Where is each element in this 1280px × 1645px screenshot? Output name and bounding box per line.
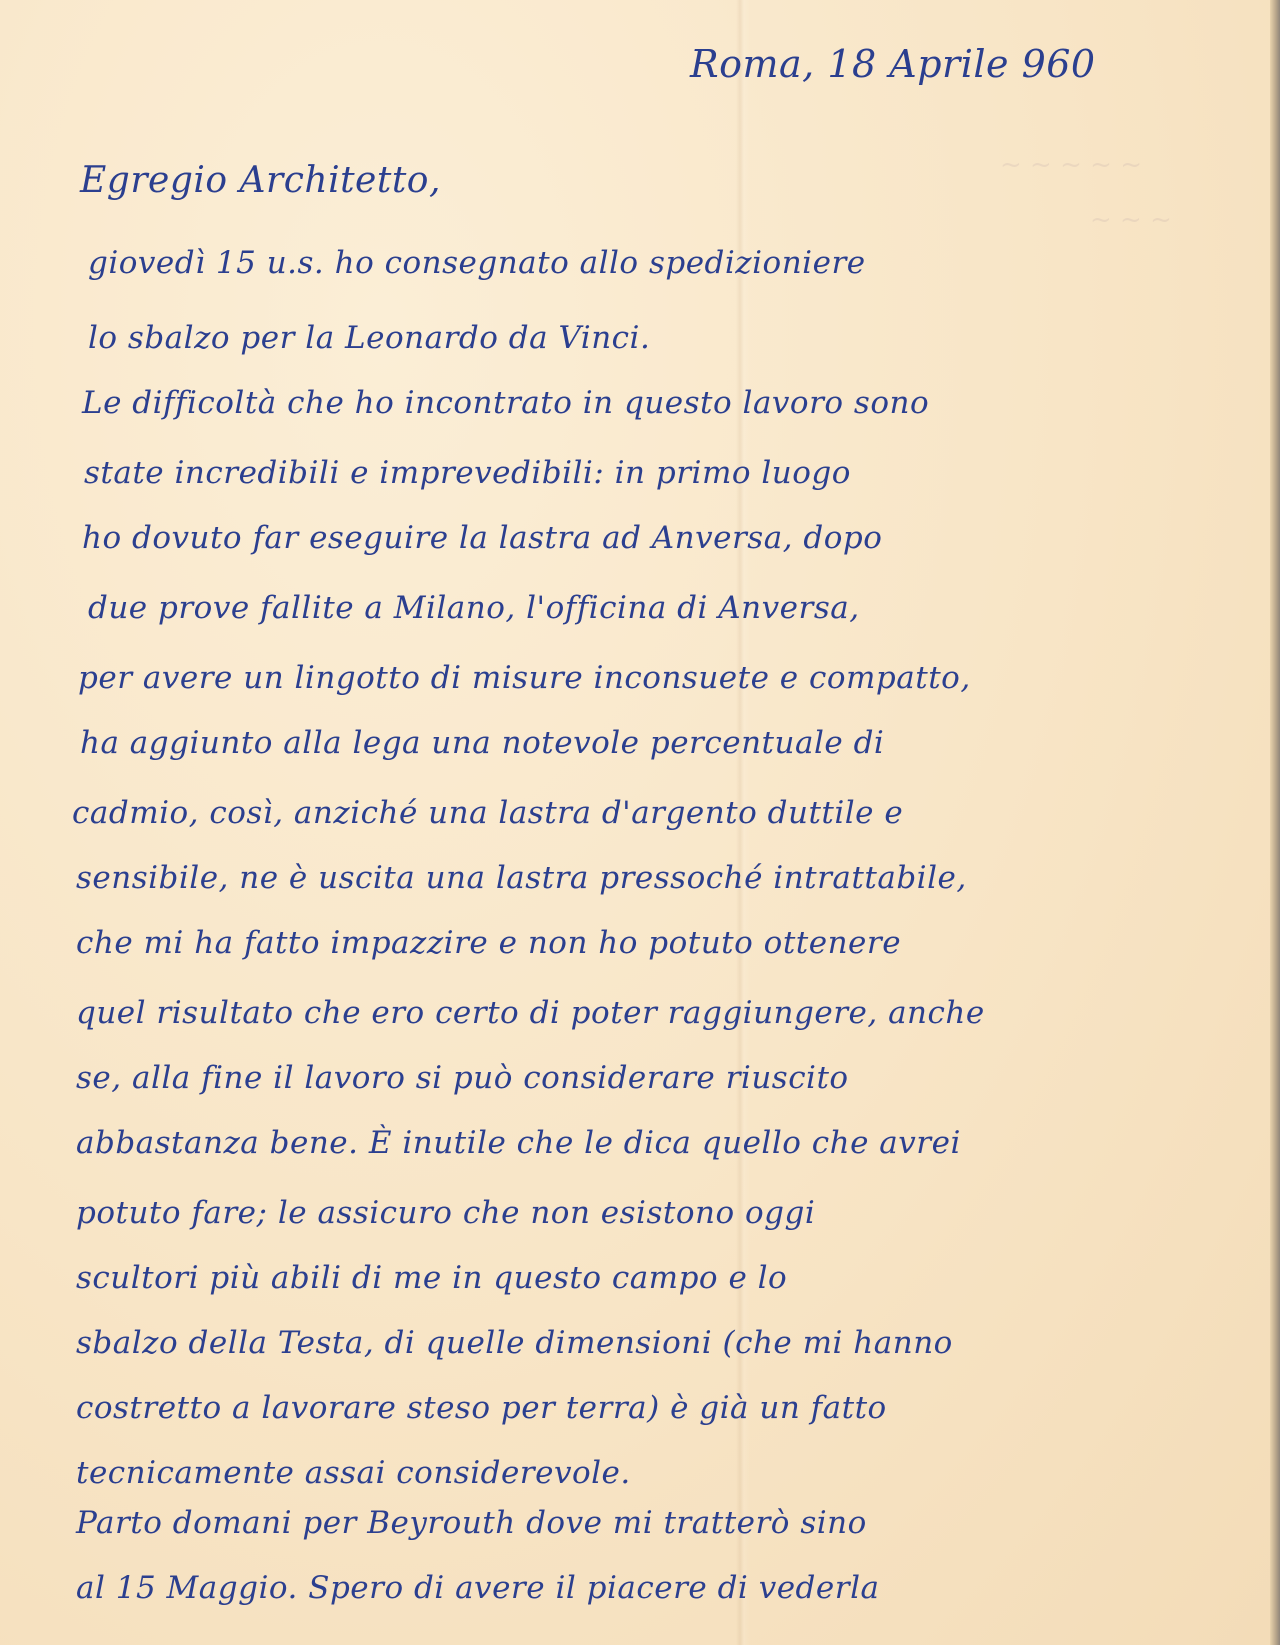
letter-line: sensibile, ne è uscita una lastra presso… [76,860,967,896]
letter-line: Parto domani per Beyrouth dove mi tratte… [76,1505,867,1541]
letter-line: sbalzo della Testa, di quelle dimensioni… [76,1325,953,1361]
paper-edge-shadow [1270,0,1280,1645]
letter-line: scultori più abili di me in questo campo… [76,1260,787,1296]
letter-line: se, alla fine il lavoro si può considera… [76,1060,849,1096]
letter-line: tecnicamente assai considerevole. [76,1455,631,1491]
letter-line: abbastanza bene. È inutile che le dica q… [76,1125,961,1161]
letter-line: ho dovuto far eseguire la lastra ad Anve… [82,520,882,556]
letter-line: due prove fallite a Milano, l'officina d… [88,590,860,626]
letter-line: quel risultato che ero certo di poter ra… [76,995,985,1031]
letter-line: potuto fare; le assicuro che non esiston… [76,1195,815,1231]
bleed-through-text: ~ ~ ~ ~ ~ [1000,150,1142,180]
letter-line: per avere un lingotto di misure inconsue… [78,660,971,696]
letter-line: che mi ha fatto impazzire e non ho potut… [76,925,901,961]
letter-place-date: Roma, 18 Aprile 960 [690,42,1096,86]
letter-line: al 15 Maggio. Spero di avere il piacere … [76,1570,879,1606]
letter-line: lo sbalzo per la Leonardo da Vinci. [88,320,650,356]
letter-line: cadmio, così, anziché una lastra d'argen… [72,795,903,831]
letter-line: state incredibili e imprevedibili: in pr… [84,455,851,491]
letter-line: giovedì 15 u.s. ho consegnato allo spedi… [88,245,866,281]
letter-line: Le difficoltà che ho incontrato in quest… [82,385,929,421]
letter-salutation: Egregio Architetto, [80,160,441,201]
letter-line: ha aggiunto alla lega una notevole perce… [80,725,884,761]
letter-line: costretto a lavorare steso per terra) è … [76,1390,887,1426]
bleed-through-text: ~ ~ ~ [1090,205,1172,235]
